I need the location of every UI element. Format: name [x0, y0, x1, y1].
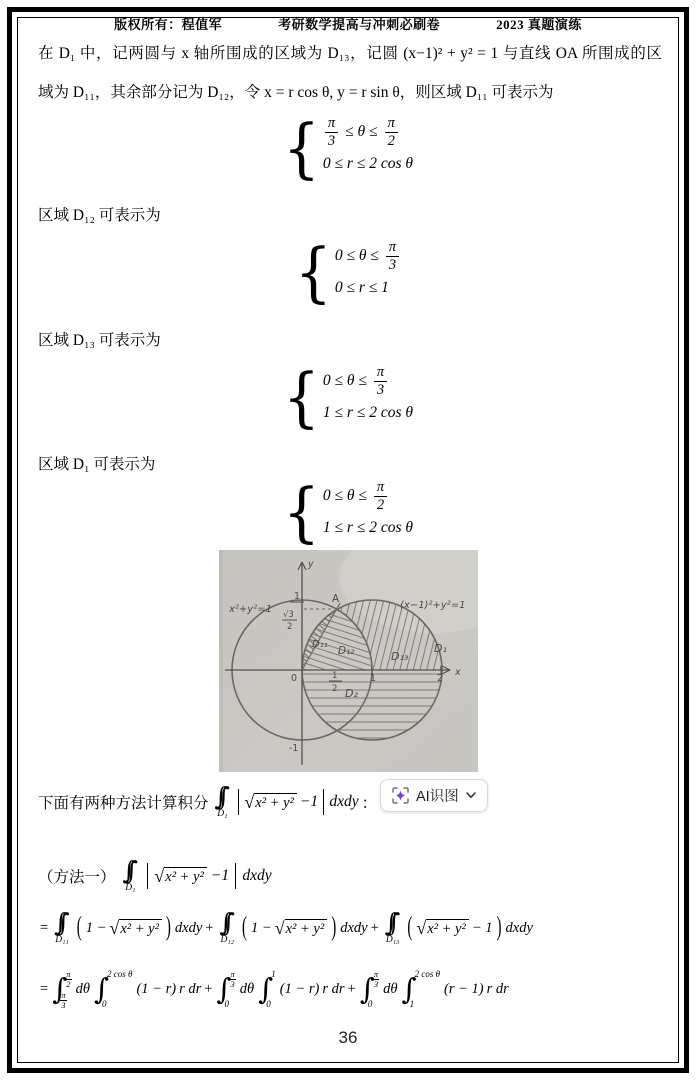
right-paren: )	[330, 912, 337, 943]
left-paren: (	[241, 912, 248, 943]
figure-ytick-neg1: -1	[289, 743, 298, 754]
figure-region-d13: D₁₃	[391, 650, 409, 663]
equation-d11: { π3 ≤ θ ≤ π2 0 ≤ r ≤ 2 cos θ	[0, 117, 696, 179]
header-edition: 2023 真题演练	[496, 14, 582, 33]
differential: dxdy	[329, 793, 358, 811]
figure-ytick-1: 1	[294, 591, 300, 602]
term: − 1	[472, 920, 493, 937]
header-series-title: 考研数学提高与冲刺必刷卷	[278, 14, 440, 33]
dtheta: dθ	[76, 981, 90, 998]
differential: dxdy	[175, 920, 202, 937]
polar-integral-line: = ∫ π2 π3 dθ ∫ 2 cos θ 0 (1 − r) r dr + …	[40, 962, 509, 1016]
ai-image-recognize-button[interactable]: AI识图	[380, 779, 488, 812]
r-dr: r dr	[322, 981, 344, 998]
differential: dxdy	[242, 867, 271, 885]
double-integral-d1: ∫∫ D₁	[123, 858, 139, 894]
r-dr: r dr	[487, 981, 509, 998]
figure-x-label: x	[454, 667, 461, 678]
square-root: √x² + y²	[109, 919, 162, 938]
equation-d12-row1: 0 ≤ θ ≤ π3	[335, 241, 401, 271]
method1-head-line: （方法一） ∫∫ D₁ √x² + y² −1 dxdy	[38, 850, 272, 902]
chevron-down-icon	[466, 792, 476, 799]
region-label-d1: 区域 D₁ 可表示为	[38, 452, 155, 474]
square-root: √x² + y²	[416, 919, 469, 938]
figure-circle1-equation: x²+y²=1	[228, 604, 272, 615]
differential: dxdy	[340, 920, 367, 937]
photo-edge-shade	[219, 550, 223, 772]
equation-d12: { 0 ≤ θ ≤ π3 0 ≤ r ≤ 1	[0, 241, 696, 303]
integral-r-3: ∫ 2 cos θ 1	[401, 969, 440, 1009]
abs-bar	[238, 789, 239, 815]
figure-point-a: A	[332, 593, 340, 605]
term: 1 −	[251, 920, 272, 937]
r-dr: r dr	[179, 981, 201, 998]
page-header: 版权所有：程值军 考研数学提高与冲刺必刷卷 2023 真题演练	[0, 14, 696, 33]
integral-theta-2: ∫ π3 0	[216, 969, 235, 1009]
intro-text: 下面有两种方法计算积分	[38, 791, 209, 813]
method1-expansion-line: = ∫∫ D₁₁ ( 1 − √x² + y² ) dxdy + ∫∫ D₁₂ …	[40, 901, 533, 955]
fraction: π2	[385, 115, 398, 149]
integral-theta-3: ∫ π3 0	[360, 969, 379, 1009]
square-root: √x² + y²	[244, 793, 297, 812]
equation-d1-row1: 0 ≤ θ ≤ π2	[323, 481, 413, 511]
page-number: 36	[0, 1028, 696, 1048]
figure-y-label: y	[307, 559, 314, 570]
plus-sign: +	[205, 920, 213, 937]
method1-label: （方法一）	[38, 865, 116, 887]
integrand: (1 − r)	[136, 981, 176, 998]
case-brace: {	[283, 480, 320, 545]
right-paren: )	[496, 912, 503, 943]
relation: 0 ≤ θ ≤	[323, 372, 367, 390]
document-page: 版权所有：程值军 考研数学提高与冲刺必刷卷 2023 真题演练 在 D₁ 中，记…	[0, 0, 696, 1080]
double-integral-d11: ∫∫ D₁₁	[54, 910, 70, 946]
paragraph-line-2: 域为 D₁₁，其余部分记为 D₁₂，令 x = r cos θ, y = r s…	[38, 80, 662, 102]
figure-region-d1: D₁	[434, 642, 447, 655]
plus-sign: +	[204, 981, 212, 998]
integral-r-2: ∫ 1 0	[258, 969, 276, 1009]
plus-sign: +	[348, 981, 356, 998]
relation: 0 ≤ θ ≤	[335, 247, 379, 265]
abs-bar	[323, 789, 324, 815]
region-label-d12: 区域 D₁₂ 可表示为	[38, 203, 161, 225]
equals-sign: =	[40, 981, 48, 998]
left-paren: (	[406, 912, 413, 943]
ai-scan-sparkle-icon	[392, 787, 409, 804]
equals-sign: =	[40, 920, 48, 937]
double-integral-d13: ∫∫ D₁₃	[385, 910, 401, 946]
header-copyright: 版权所有：程值军	[114, 14, 222, 33]
figure-origin: 0	[291, 673, 297, 684]
abs-bar	[147, 863, 148, 889]
dtheta: dθ	[240, 981, 254, 998]
equation-d1-row2: 1 ≤ r ≤ 2 cos θ	[323, 513, 413, 543]
equation-d11-row2: 0 ≤ r ≤ 2 cos θ	[323, 149, 413, 179]
plus-sign: +	[371, 920, 379, 937]
term: 1 −	[86, 920, 107, 937]
case-brace: {	[283, 116, 320, 181]
integral-intro-line: 下面有两种方法计算积分 ∫∫ D₁ √x² + y² −1 dxdy ：	[38, 776, 377, 828]
integrand: (r − 1)	[444, 981, 484, 998]
figure-sqrt3-num: √3	[283, 610, 294, 620]
double-integral-d12: ∫∫ D₁₂	[219, 910, 235, 946]
left-paren: (	[76, 912, 83, 943]
equation-d13-row1: 0 ≤ θ ≤ π3	[323, 366, 413, 396]
fraction: π3	[325, 115, 338, 149]
integrand: (1 − r)	[280, 981, 320, 998]
fraction: π3	[374, 364, 387, 398]
figure-xtick-2: 2	[437, 673, 443, 684]
equation-d13: { 0 ≤ θ ≤ π3 1 ≤ r ≤ 2 cos θ	[0, 366, 696, 428]
hand-drawn-figure-photo: y x A 0 1 √3 2 1 2 1 2 -1 x²+y²=1 (x−1)²…	[219, 550, 478, 772]
relation: 0 ≤ θ ≤	[323, 487, 367, 505]
minus-one: −1	[211, 867, 229, 885]
dtheta: dθ	[383, 981, 397, 998]
case-brace: {	[295, 240, 332, 305]
equation-d1: { 0 ≤ θ ≤ π2 1 ≤ r ≤ 2 cos θ	[0, 481, 696, 543]
differential: dxdy	[506, 920, 533, 937]
figure-region-d12: D₁₂	[338, 645, 355, 657]
figure-region-d2: D₂	[345, 687, 358, 700]
figure-half-den: 2	[332, 684, 337, 694]
integral-theta-1: ∫ π2 π3	[52, 969, 71, 1009]
relation: ≤ θ ≤	[345, 123, 377, 141]
square-root: √x² + y²	[275, 919, 328, 938]
minus-one: −1	[300, 793, 318, 811]
fraction: π2	[374, 479, 387, 513]
paragraph-line-1: 在 D₁ 中，记两圆与 x 轴所围成的区域为 D₁₃，记圆 (x−1)² + y…	[38, 41, 662, 63]
right-paren: )	[165, 912, 172, 943]
equation-d12-row2: 0 ≤ r ≤ 1	[335, 273, 401, 303]
equation-d11-row1: π3 ≤ θ ≤ π2	[323, 117, 413, 147]
figure-xtick-1: 1	[370, 673, 376, 684]
abs-bar	[235, 863, 236, 889]
figure-half-num: 1	[332, 671, 337, 681]
colon: ：	[362, 791, 378, 813]
square-root: √x² + y²	[154, 867, 207, 886]
fraction: π3	[386, 239, 399, 273]
region-label-d13: 区域 D₁₃ 可表示为	[38, 328, 161, 350]
integral-r-1: ∫ 2 cos θ 0	[94, 969, 133, 1009]
ai-button-label: AI识图	[416, 785, 459, 806]
figure-region-d11: D₁₁	[312, 639, 328, 650]
equation-d13-row2: 1 ≤ r ≤ 2 cos θ	[323, 398, 413, 428]
figure-sqrt3-den: 2	[287, 622, 292, 632]
case-brace: {	[283, 365, 320, 430]
integral-subscript: D₁	[217, 810, 227, 820]
double-integral-d1: ∫∫ D₁	[215, 784, 231, 820]
figure-circle2-equation: (x−1)²+y²=1	[400, 600, 466, 611]
